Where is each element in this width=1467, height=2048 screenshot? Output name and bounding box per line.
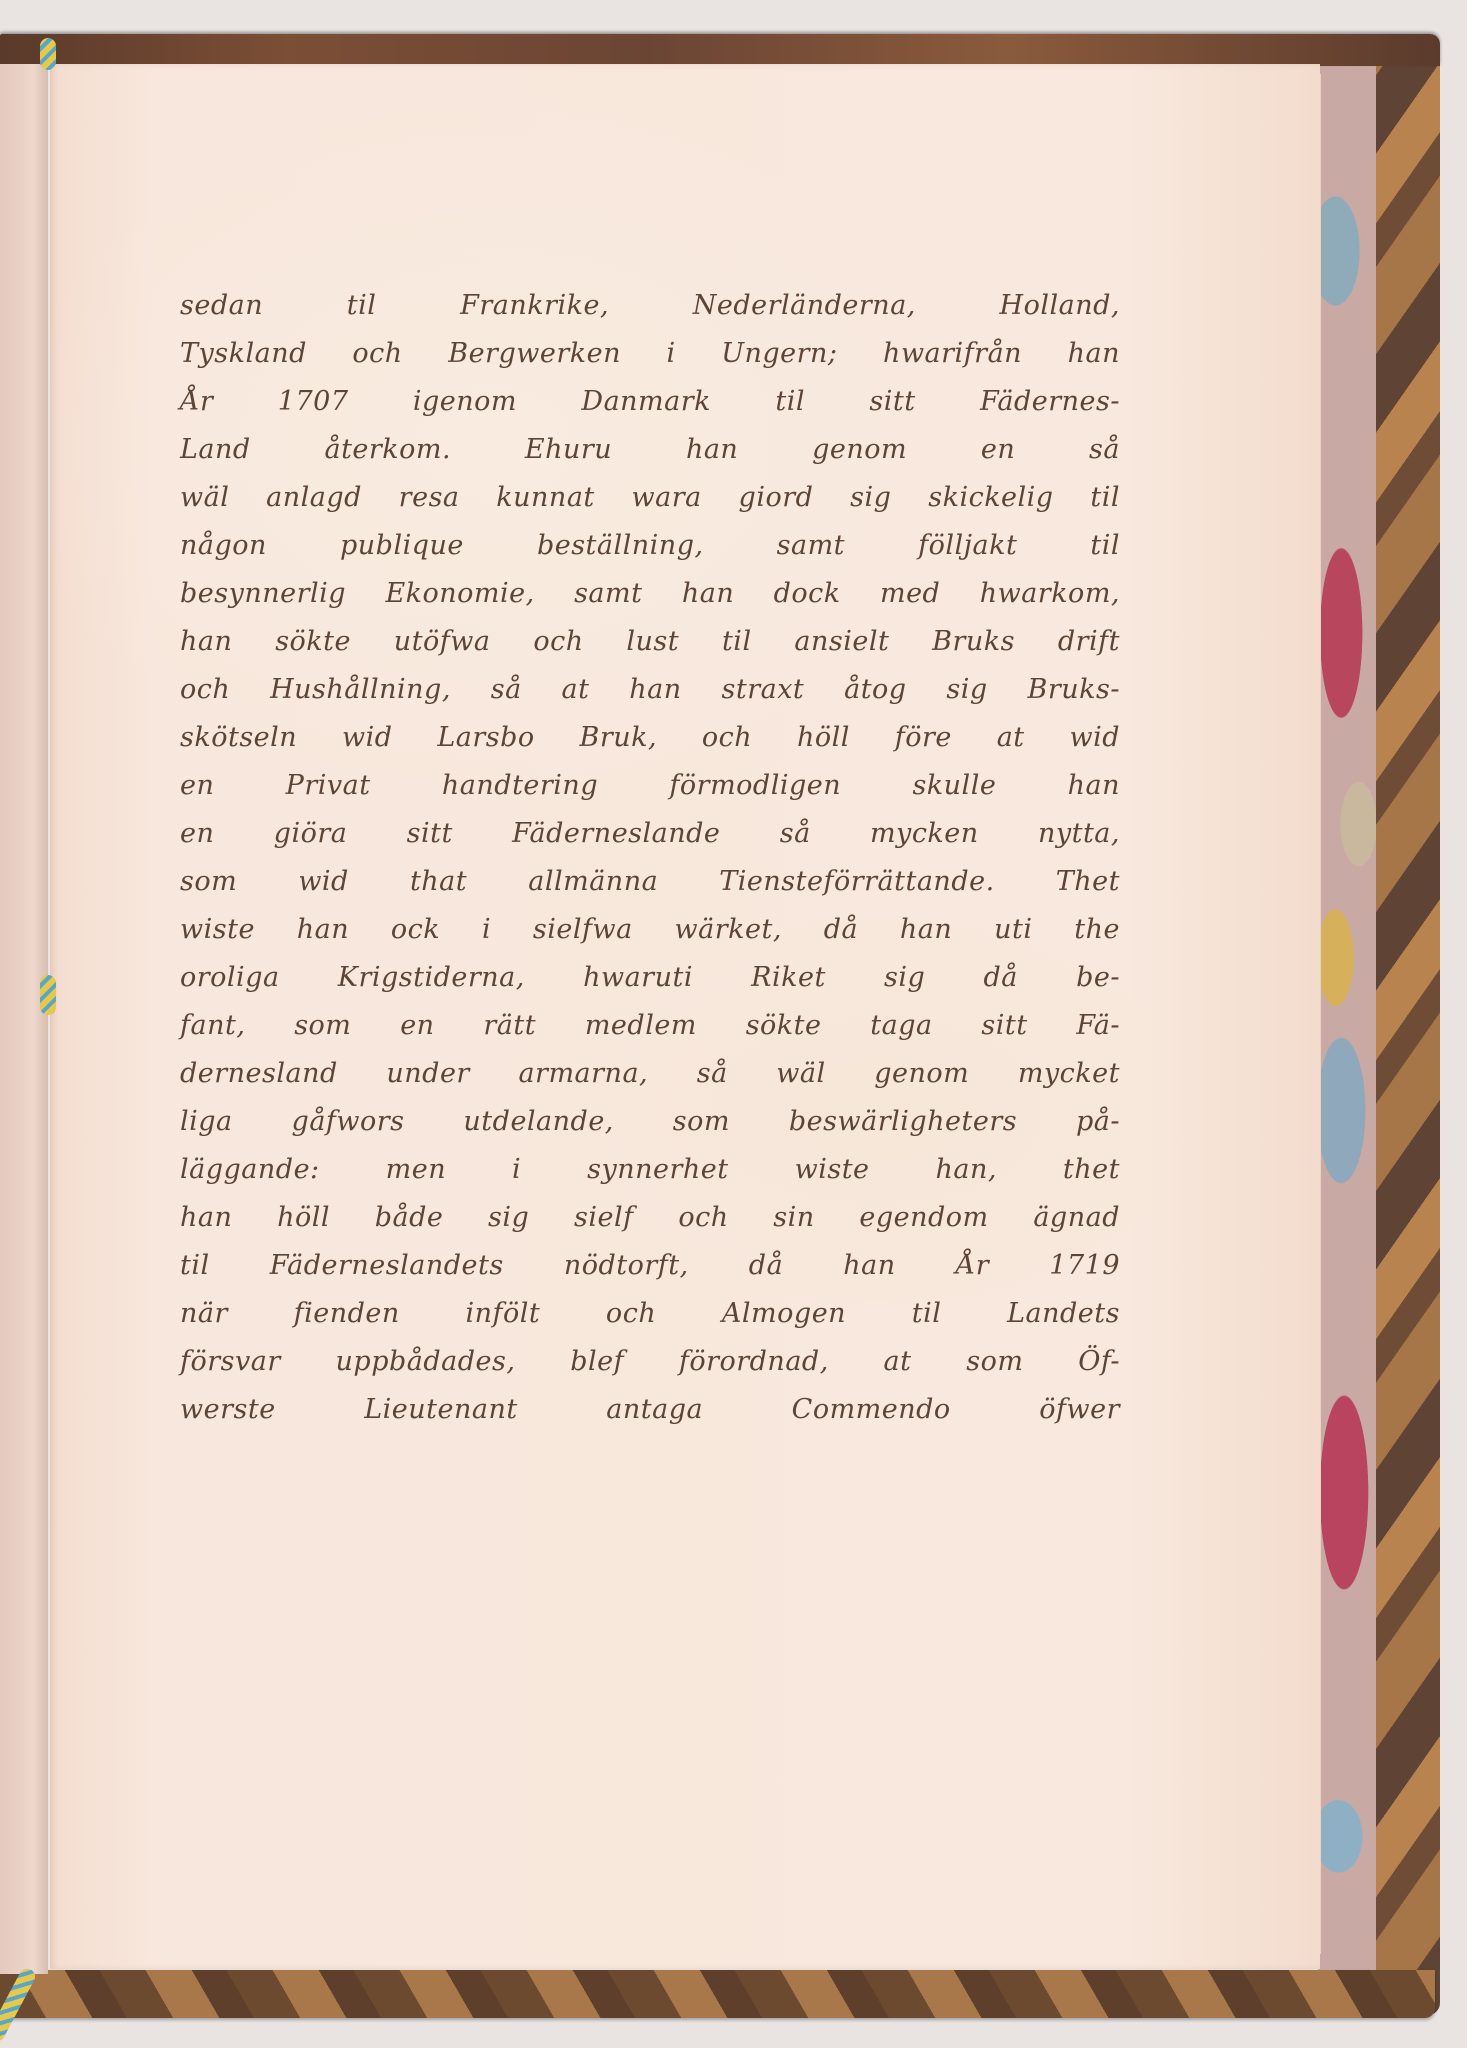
text-line: någon publique beställning, samt fölljak… — [180, 522, 1120, 570]
left-page-sliver — [0, 64, 48, 1974]
binding-thread-icon — [40, 38, 56, 70]
book-cover-top-edge — [0, 34, 1440, 66]
text-line: dernesland under armarna, så wäl genom m… — [180, 1050, 1120, 1098]
binding-thread-icon — [40, 975, 56, 1015]
text-line: wäl anlagd resa kunnat wara giord sig sk… — [180, 474, 1120, 522]
text-line: en giöra sitt Fäderneslande så mycken ny… — [180, 810, 1120, 858]
marbled-endpaper — [1318, 60, 1376, 1970]
text-line: besynnerlig Ekonomie, samt han dock med … — [180, 570, 1120, 618]
text-line: wiste han ock i sielfwa wärket, då han u… — [180, 906, 1120, 954]
text-line: Land återkom. Ehuru han genom en så — [180, 426, 1120, 474]
text-line: Tyskland och Bergwerken i Ungern; hwarif… — [180, 330, 1120, 378]
text-line: försvar uppbådades, blef förordnad, at s… — [180, 1338, 1120, 1386]
text-line: sedan til Frankrike, Nederländerna, Holl… — [180, 282, 1120, 330]
text-line: skötseln wid Larsbo Bruk, och höll före … — [180, 714, 1120, 762]
text-line: som wid that allmänna Tiensteförrättande… — [180, 858, 1120, 906]
book-scan: sedan til Frankrike, Nederländerna, Holl… — [0, 0, 1467, 2048]
manuscript-text: sedan til Frankrike, Nederländerna, Holl… — [180, 282, 1120, 1434]
text-line: läggande: men i synnerhet wiste han, the… — [180, 1146, 1120, 1194]
text-line: til Fäderneslandets nödtorft, då han År … — [180, 1242, 1120, 1290]
text-line: fant, som en rätt medlem sökte taga sitt… — [180, 1002, 1120, 1050]
text-line: År 1707 igenom Danmark til sitt Fädernes… — [180, 378, 1120, 426]
text-line: werste Lieutenant antaga Commendo öfwer — [180, 1386, 1120, 1434]
text-line: han höll både sig sielf och sin egendom … — [180, 1194, 1120, 1242]
text-line: liga gåfwors utdelande, som beswärlighet… — [180, 1098, 1120, 1146]
text-line: när fienden infölt och Almogen til Lande… — [180, 1290, 1120, 1338]
text-line: oroliga Krigstiderna, hwaruti Riket sig … — [180, 954, 1120, 1002]
book-cover-bottom-edge — [0, 1970, 1435, 2018]
text-line: han sökte utöfwa och lust til ansielt Br… — [180, 618, 1120, 666]
text-line: och Hushållning, så at han straxt åtog s… — [180, 666, 1120, 714]
text-line: en Privat handtering förmodligen skulle … — [180, 762, 1120, 810]
